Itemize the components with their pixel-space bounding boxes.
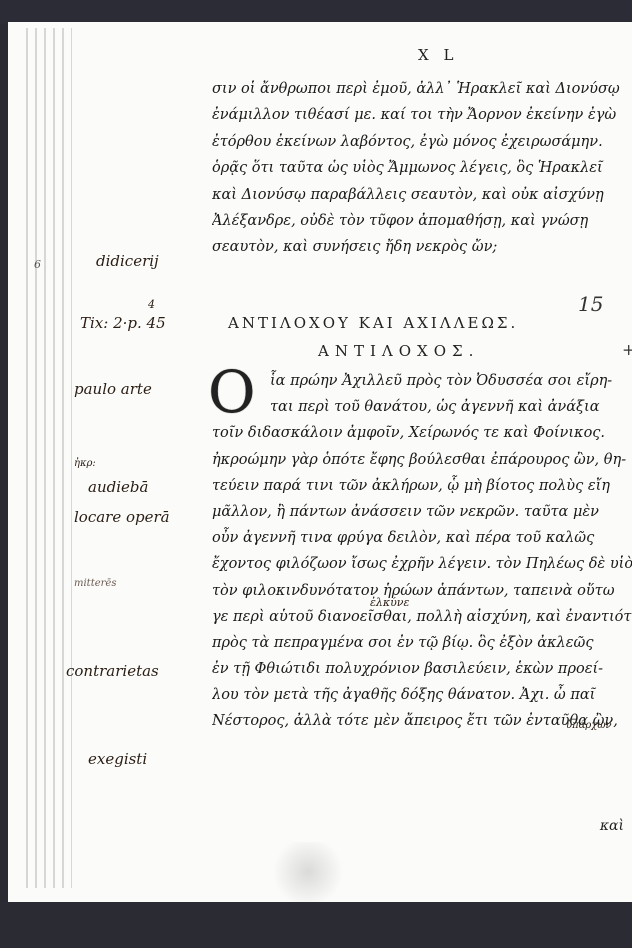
- text-line: μᾶλλον, ἢ πάντων ἀνάσσειν τῶν νεκρῶν. τα…: [212, 499, 632, 525]
- dialogue-text: ἷα πρώην Ἀχιλλεῦ πρὸς τὸν Ὀδυσσέα σοι εἴ…: [212, 368, 632, 735]
- speaker-heading: ΑΝΤΙΛΟΧΟΣ.: [318, 342, 479, 360]
- text-line: ἐτόρθου ἐκείνων λαβόντος, ἐγὼ μόνος ἐχει…: [212, 129, 632, 155]
- spine-mark: 6: [34, 258, 41, 271]
- text-line: ἔχοντος φιλόζωον ἴσως ἐχρῆν λέγειν. τὸν …: [212, 551, 632, 577]
- margin-note-exegisti: exegisti: [88, 750, 147, 768]
- catchword: καὶ: [600, 818, 624, 834]
- preceding-dialogue-text: σιν οἱ ἄνθρωποι περὶ ἐμοῦ, ἀλλ᾽ Ἡρακλεῖ …: [212, 76, 632, 261]
- margin-note-mitteres: mitterēs: [74, 578, 116, 589]
- text-line: σεαυτὸν, καὶ συνήσεις ἤδη νεκρὸς ὤν;: [212, 234, 632, 260]
- folio-number: X L: [418, 46, 458, 64]
- dialogue-title: ΑΝΤΙΛΟΧΟΥ ΚΑΙ ΑΧΙΛΛΕΩΣ.: [228, 314, 628, 332]
- margin-note-paulo-arte: paulo arte: [74, 380, 152, 398]
- cross-mark: +: [622, 340, 632, 359]
- scan-top-border: [0, 0, 632, 24]
- interlinear-note: ἐλκύνε: [370, 596, 409, 609]
- text-line: γε περὶ αὑτοῦ διανοεῖσθαι, πολλὴ αἰσχύνη…: [212, 604, 632, 630]
- text-line: οὖν ἀγεννῆ τινα φρύγα δειλὸν, καὶ πέρα τ…: [212, 525, 632, 551]
- margin-note-reference: Tix: 2·p. 45: [80, 314, 166, 332]
- margin-note-superscript: 4: [148, 298, 155, 311]
- margin-note-locare-operam: locare operā: [74, 508, 170, 526]
- text-line: τεύειν παρά τινι τῶν ἀκλήρων, ᾧ μὴ βίοτο…: [212, 473, 632, 499]
- text-line: ἐνάμιλλον τιθέασί με. καί τοι τὴν Ἄορνον…: [212, 102, 632, 128]
- text-line: καὶ Διονύσῳ παραβάλλεις σεαυτὸν, καὶ οὐκ…: [212, 182, 632, 208]
- margin-note-didiceris: didicerij: [96, 252, 159, 270]
- margin-note-audiebam: audiebā: [88, 478, 148, 496]
- text-line: Ἀλέξανδρε, οὐδὲ τὸν τῦφον ἀπομαθήσῃ, καὶ…: [212, 208, 632, 234]
- scan-bottom-border: [0, 902, 632, 948]
- text-line: λου τὸν μετὰ τῆς ἀγαθῆς δόξης θάνατον. Ἀ…: [212, 682, 632, 708]
- text-line: ἠκροώμην γὰρ ὁπότε ἔφης βούλεσθαι ἐπάρου…: [212, 447, 632, 473]
- text-line: τὸν φιλοκινδυνότατον ἡρώων ἁπάντων, ταπε…: [212, 578, 632, 604]
- ink-bleed-stain: [268, 842, 348, 902]
- pencil-page-number: 15: [578, 292, 603, 316]
- book-spine-edge: [22, 28, 72, 888]
- text-line: πρὸς τὰ πεπραγμένα σοι ἐν τῷ βίῳ. ὃς ἐξὸ…: [212, 630, 632, 656]
- text-line: ὁρᾷς ὅτι ταῦτα ὡς υἱὸς Ἄμμωνος λέγεις, ὃ…: [212, 155, 632, 181]
- text-line: ἐν τῇ Φθιώτιδι πολυχρόνιον βασιλεύειν, ἑ…: [212, 656, 632, 682]
- margin-note-contrarietas: contrarietas: [66, 662, 159, 680]
- text-line: ἷα πρώην Ἀχιλλεῦ πρὸς τὸν Ὀδυσσέα σοι εἴ…: [212, 368, 632, 394]
- text-line: σιν οἱ ἄνθρωποι περὶ ἐμοῦ, ἀλλ᾽ Ἡρακλεῖ …: [212, 76, 632, 102]
- text-line: ται περὶ τοῦ θανάτου, ὡς ἀγεννῆ καὶ ἀνάξ…: [212, 394, 632, 420]
- interlinear-note: ὑπάρχων: [566, 720, 612, 731]
- text-line: τοῖν διδασκάλοιν ἀμφοῖν, Χείρωνός τε καὶ…: [212, 420, 632, 446]
- margin-note-greek-mark: ἠκρ:: [74, 458, 96, 469]
